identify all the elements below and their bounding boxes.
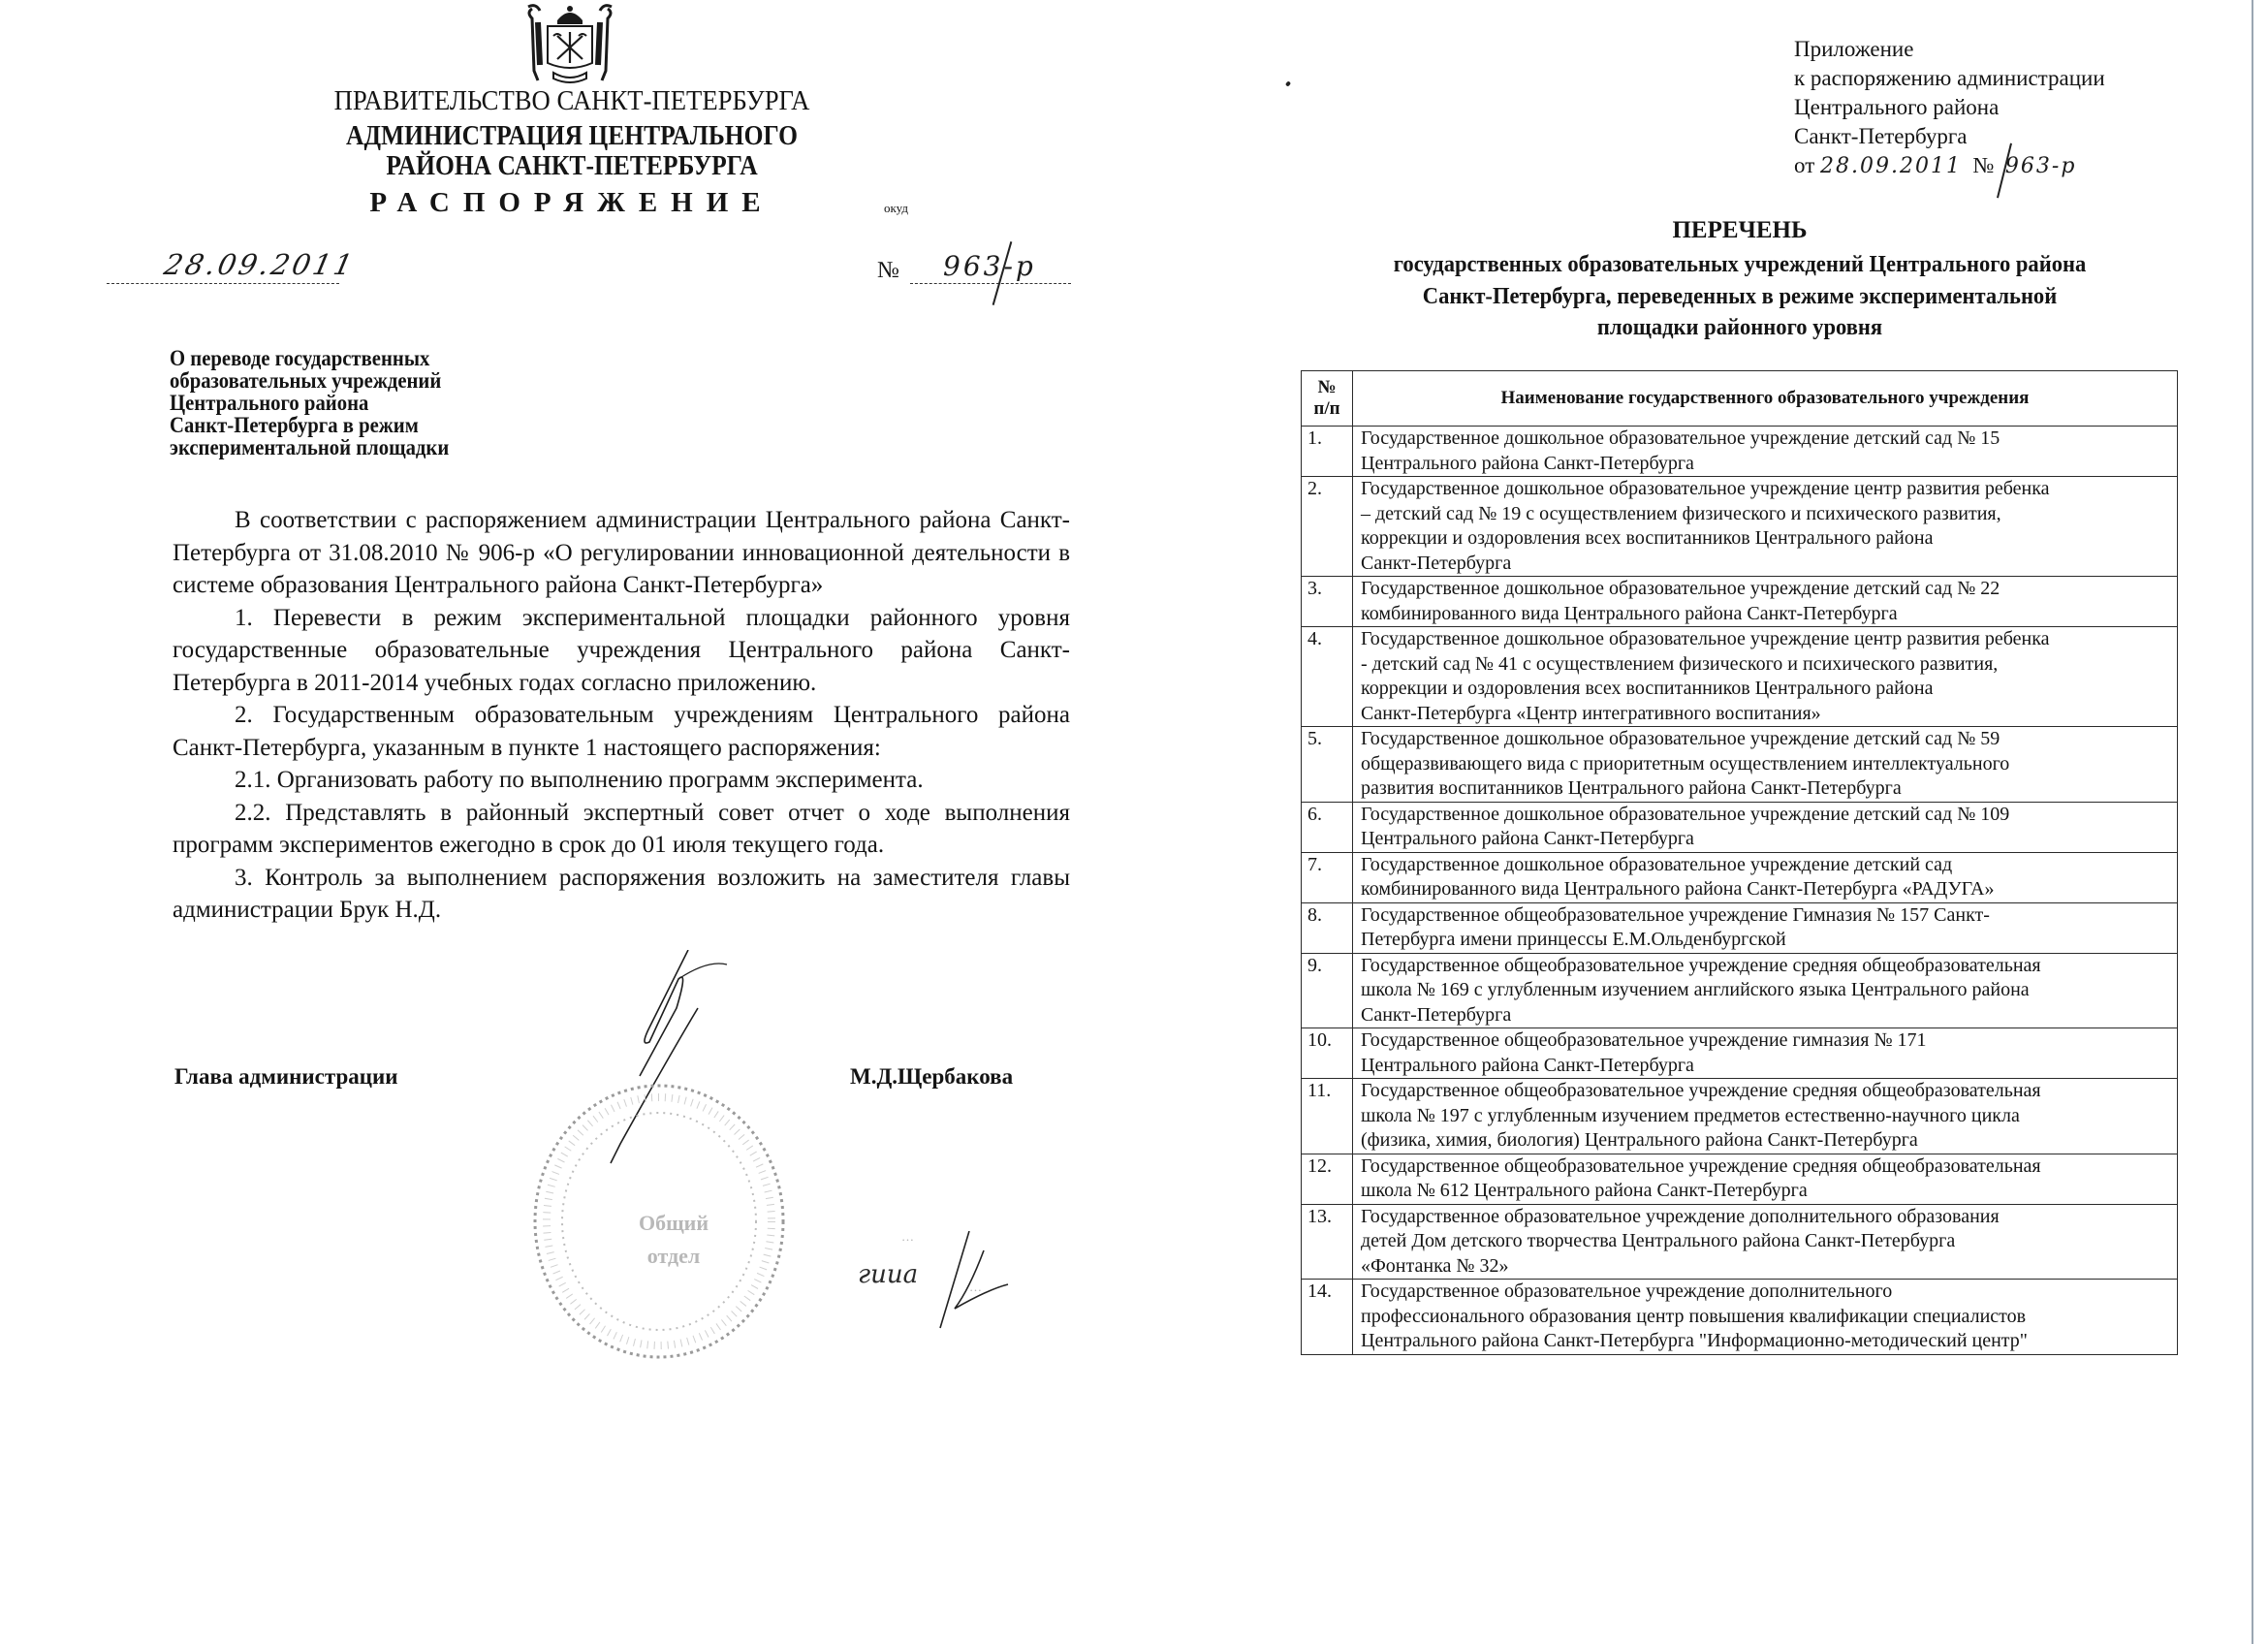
- institution-name-line: комбинированного вида Центрального район…: [1361, 877, 2173, 902]
- subject-line: Центрального района: [170, 392, 536, 414]
- clause-2-1-paragraph: 2.1. Организовать работу по выполнению п…: [173, 764, 1070, 797]
- institution-name-line: коррекции и оздоровления всех воспитанни…: [1361, 677, 2173, 702]
- visa-handwriting: гииа: [858, 1260, 918, 1289]
- subject-line: экспериментальной площадки: [170, 436, 536, 458]
- okud-label: ОКУД: [884, 201, 908, 216]
- table-row: 12.Государственное общеобразовательное у…: [1302, 1154, 2178, 1204]
- ref-number-sign: №: [1972, 153, 1994, 177]
- ref-number: 963-р: [2005, 154, 2077, 178]
- institution-name-line: развития воспитанников Центрального райо…: [1361, 776, 2173, 802]
- row-number: 7.: [1302, 852, 1353, 902]
- subject-line: образовательных учреждений: [170, 369, 536, 392]
- institution-name-line: коррекции и оздоровления всех воспитанни…: [1361, 526, 2173, 552]
- institution-name-line: Санкт-Петербурга: [1361, 1003, 2173, 1028]
- institution-name-line: Государственное общеобразовательное учре…: [1361, 1028, 2173, 1054]
- row-number: 2.: [1302, 477, 1353, 577]
- list-subtitle-line: площадки районного уровня: [1325, 315, 2154, 341]
- saint-petersburg-coat-of-arms-icon: [519, 3, 621, 84]
- institution-name-line: школа № 169 с углубленным изучением англ…: [1361, 978, 2173, 1003]
- institution-name-line: детей Дом детского творчества Центрально…: [1361, 1229, 2173, 1254]
- appendix-line: к распоряжению администрации: [1794, 64, 2105, 93]
- institution-name-line: Государственное дошкольное образовательн…: [1361, 577, 2173, 602]
- clause-3-paragraph: 3. Контроль за выполнением распоряжения …: [173, 862, 1070, 927]
- institution-name: Государственное образовательное учрежден…: [1353, 1280, 2178, 1355]
- order-date: 28.09.2011: [161, 248, 358, 281]
- institution-name-line: Центрального района Санкт-Петербурга "Ин…: [1361, 1329, 2173, 1354]
- appendix-reference: Приложение к распоряжению администрации …: [1794, 35, 2105, 181]
- subject-line: О переводе государственных: [170, 347, 536, 369]
- document-type: РАСПОРЯЖЕНИЕ: [271, 187, 872, 219]
- table-row: 11.Государственное общеобразовательное у…: [1302, 1079, 2178, 1154]
- signer-name: М.Д.Щербакова: [850, 1064, 1013, 1090]
- clause-2-paragraph: 2. Государственным образовательным учреж…: [173, 699, 1070, 764]
- institution-name-line: Государственное дошкольное образовательн…: [1361, 477, 2173, 502]
- clause-2-2-paragraph: 2.2. Представлять в районный экспертный …: [173, 797, 1070, 862]
- institution-name-line: Санкт-Петербурга: [1361, 552, 2173, 577]
- institution-name-line: Государственное общеобразовательное учре…: [1361, 954, 2173, 979]
- table-header-row: № п/п Наименование государственного обра…: [1302, 371, 2178, 427]
- table-row: 14.Государственное образовательное учреж…: [1302, 1280, 2178, 1355]
- number-underline: [910, 283, 1071, 284]
- row-number: 6.: [1302, 802, 1353, 852]
- institution-name-line: общеразвивающего вида с приоритетным осу…: [1361, 752, 2173, 777]
- header-number-abbr: п/п: [1306, 398, 1348, 420]
- institution-name-line: – детский сад № 19 с осуществлением физи…: [1361, 502, 2173, 527]
- row-number: 10.: [1302, 1028, 1353, 1079]
- institution-name-line: Государственное образовательное учрежден…: [1361, 1280, 2173, 1305]
- table-body: 1.Государственное дошкольное образовател…: [1302, 427, 2178, 1355]
- institution-name: Государственное общеобразовательное учре…: [1353, 902, 2178, 953]
- table-row: 10.Государственное общеобразовательное у…: [1302, 1028, 2178, 1079]
- administration-title-line1: АДМИНИСТРАЦИЯ ЦЕНТРАЛЬНОГО: [307, 120, 836, 152]
- institution-name: Государственное общеобразовательное учре…: [1353, 953, 2178, 1028]
- administration-title-line2: РАЙОНА САНКТ-ПЕТЕРБУРГА: [307, 150, 836, 182]
- table-row: 3.Государственное дошкольное образовател…: [1302, 577, 2178, 627]
- order-number: 963-р: [943, 250, 1036, 282]
- row-number: 12.: [1302, 1154, 1353, 1204]
- appendix-ref-line: от 28.09.2011 № 963-р: [1794, 151, 2105, 181]
- row-number: 13.: [1302, 1204, 1353, 1280]
- order-subject: О переводе государственных образовательн…: [170, 347, 577, 458]
- table-row: 2.Государственное дошкольное образовател…: [1302, 477, 2178, 577]
- institution-name: Государственное дошкольное образовательн…: [1353, 477, 2178, 577]
- order-number-field: № 963-р: [877, 254, 1071, 287]
- institution-name: Государственное общеобразовательное учре…: [1353, 1079, 2178, 1154]
- table-row: 13.Государственное образовательное учреж…: [1302, 1204, 2178, 1280]
- institution-name-line: Государственное дошкольное образовательн…: [1361, 727, 2173, 752]
- order-date-field: 28.09.2011: [107, 250, 339, 284]
- institution-name-line: Петербурга имени принцессы Е.М.Ольденбур…: [1361, 928, 2173, 953]
- signer-role: Глава администрации: [174, 1064, 398, 1090]
- institution-name-line: Государственное дошкольное образовательн…: [1361, 803, 2173, 828]
- table-row: 5.Государственное дошкольное образовател…: [1302, 727, 2178, 803]
- institution-name-line: Центрального района Санкт-Петербурга: [1361, 452, 2173, 477]
- institution-name: Государственное общеобразовательное учре…: [1353, 1154, 2178, 1204]
- stamp-text: Общий отдел: [620, 1207, 727, 1273]
- stamp-text-line: отдел: [620, 1240, 727, 1273]
- scan-page-edge: [2252, 0, 2253, 1644]
- visa-faint-text: …: [901, 1229, 914, 1245]
- institution-name: Государственное дошкольное образовательн…: [1353, 577, 2178, 627]
- list-subtitle-line: Санкт-Петербурга, переведенных в режиме …: [1325, 284, 2154, 310]
- clause-1-paragraph: 1. Перевести в режим экспериментальной п…: [173, 602, 1070, 700]
- row-number: 8.: [1302, 902, 1353, 953]
- institution-name-line: Государственное дошкольное образовательн…: [1361, 427, 2173, 452]
- institution-name-line: Центрального района Санкт-Петербурга: [1361, 1054, 2173, 1079]
- stamp-text-line: Общий: [620, 1207, 727, 1240]
- institution-name: Государственное образовательное учрежден…: [1353, 1204, 2178, 1280]
- institution-name: Государственное общеобразовательное учре…: [1353, 1028, 2178, 1079]
- institution-name: Государственное дошкольное образовательн…: [1353, 427, 2178, 477]
- institution-name: Государственное дошкольное образовательн…: [1353, 627, 2178, 727]
- row-number: 14.: [1302, 1280, 1353, 1355]
- institution-name-line: «Фонтанка № 32»: [1361, 1254, 2173, 1280]
- table-row: 8.Государственное общеобразовательное уч…: [1302, 902, 2178, 953]
- row-number: 9.: [1302, 953, 1353, 1028]
- institution-name-line: комбинированного вида Центрального район…: [1361, 602, 2173, 627]
- appendix-line: Санкт-Петербурга: [1794, 122, 2105, 151]
- appendix-line: Центрального района: [1794, 93, 2105, 122]
- institution-name-line: школа № 612 Центрального района Санкт-Пе…: [1361, 1179, 2173, 1204]
- row-number: 1.: [1302, 427, 1353, 477]
- institution-name-line: Санкт-Петербурга «Центр интегративного в…: [1361, 702, 2173, 727]
- institution-name-line: Государственное общеобразовательное учре…: [1361, 1079, 2173, 1104]
- row-number: 5.: [1302, 727, 1353, 803]
- subject-line: Санкт-Петербурга в режим: [170, 414, 536, 436]
- ref-prefix: от: [1794, 153, 1814, 177]
- institution-name: Государственное дошкольное образовательн…: [1353, 802, 2178, 852]
- list-title: ПЕРЕЧЕНЬ: [1299, 217, 2181, 244]
- row-number: 4.: [1302, 627, 1353, 727]
- order-body: В соответствии с распоряжением администр…: [173, 504, 1070, 927]
- institution-name-line: Государственное образовательное учрежден…: [1361, 1205, 2173, 1230]
- row-number: 11.: [1302, 1079, 1353, 1154]
- institution-name-line: Государственное дошкольное образовательн…: [1361, 627, 2173, 652]
- table-row: 6.Государственное дошкольное образовател…: [1302, 802, 2178, 852]
- institution-name-line: Центрального района Санкт-Петербурга: [1361, 827, 2173, 852]
- header-number-sign: №: [1306, 377, 1348, 398]
- list-subtitle-line: государственных образовательных учрежден…: [1325, 252, 2154, 278]
- column-header-number: № п/п: [1302, 371, 1353, 427]
- scan-speck: [1285, 80, 1291, 86]
- preamble-paragraph: В соответствии с распоряжением администр…: [173, 504, 1070, 602]
- institution-name-line: школа № 197 с углубленным изучением пред…: [1361, 1104, 2173, 1129]
- institution-name-line: - детский сад № 41 с осуществлением физи…: [1361, 652, 2173, 678]
- government-title: ПРАВИТЕЛЬСТВО САНКТ-ПЕТЕРБУРГА: [296, 85, 848, 117]
- institution-name: Государственное дошкольное образовательн…: [1353, 852, 2178, 902]
- institutions-table: № п/п Наименование государственного обра…: [1301, 370, 2178, 1355]
- institution-name-line: профессионального образования центр повы…: [1361, 1305, 2173, 1330]
- institution-name-line: (физика, химия, биология) Центрального р…: [1361, 1128, 2173, 1154]
- appendix-line: Приложение: [1794, 35, 2105, 64]
- institution-name: Государственное дошкольное образовательн…: [1353, 727, 2178, 803]
- table-row: 1.Государственное дошкольное образовател…: [1302, 427, 2178, 477]
- table-row: 7.Государственное дошкольное образовател…: [1302, 852, 2178, 902]
- table-row: 4.Государственное дошкольное образовател…: [1302, 627, 2178, 727]
- column-header-name: Наименование государственного образовате…: [1353, 371, 2178, 427]
- visa-faint-text: …: [969, 1280, 982, 1295]
- row-number: 3.: [1302, 577, 1353, 627]
- table-row: 9.Государственное общеобразовательное уч…: [1302, 953, 2178, 1028]
- number-sign: №: [877, 258, 899, 284]
- institution-name-line: Государственное общеобразовательное учре…: [1361, 903, 2173, 929]
- institution-name-line: Государственное дошкольное образовательн…: [1361, 853, 2173, 878]
- ref-date: 28.09.2011: [1820, 154, 1962, 178]
- institution-name-line: Государственное общеобразовательное учре…: [1361, 1154, 2173, 1180]
